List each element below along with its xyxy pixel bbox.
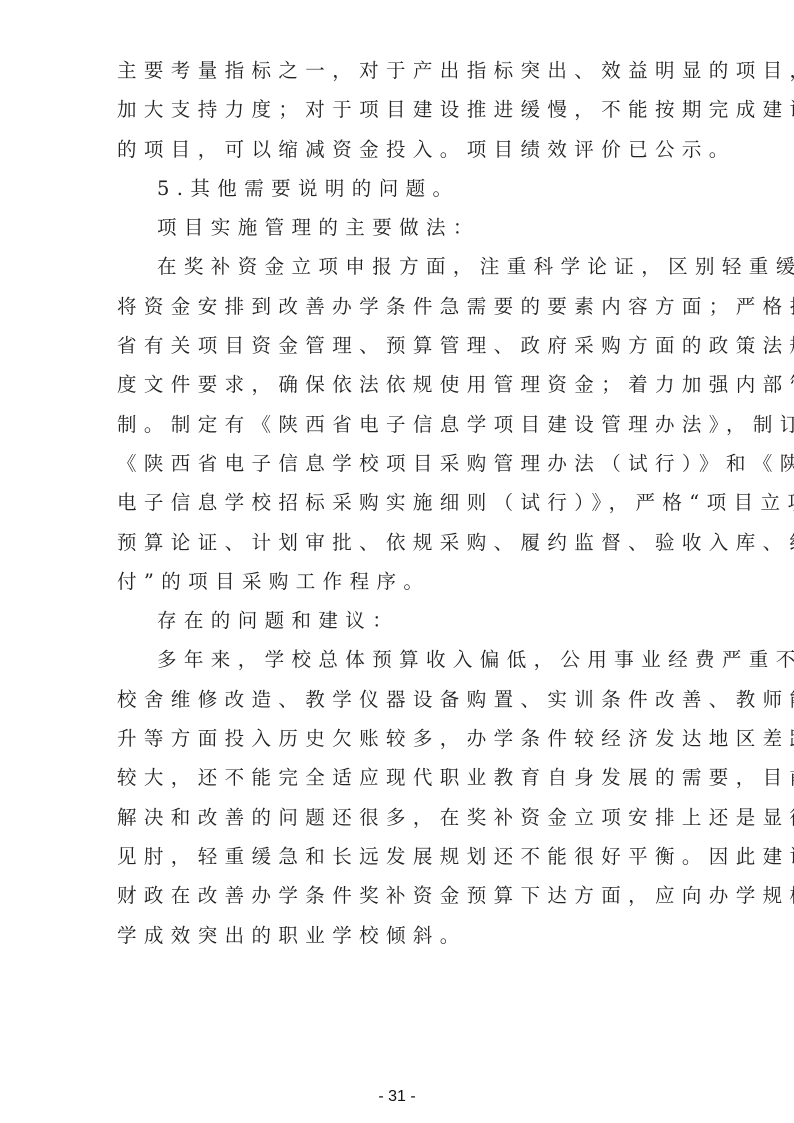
paragraph-start: 在奖补资金立项申报方面，注重科学论证，区别轻重缓急， [117, 247, 687, 286]
text-line: 的项目，可以缩减资金投入。项目绩效评价已公示。 [117, 130, 687, 169]
text-line: 较大，还不能完全适应现代职业教育自身发展的需要，目前需要 [117, 758, 687, 797]
text-line: 财政在改善办学条件奖补资金预算下达方面，应向办学规模和办 [117, 876, 687, 915]
text-line: 解决和改善的问题还很多，在奖补资金立项安排上还是显得捉襟 [117, 798, 687, 837]
text-line: 加大支持力度；对于项目建设推进缓慢，不能按期完成建设任务 [117, 90, 687, 129]
text-line: 主要考量指标之一，对于产出指标突出、效益明显的项目，可以 [117, 51, 687, 90]
section-heading: 5.其他需要说明的问题。 [117, 169, 687, 208]
text-line: 校舍维修改造、教学仪器设备购置、实训条件改善、教师能力提 [117, 680, 687, 719]
text-line: 度文件要求，确保依法依规使用管理资金；着力加强内部管理控 [117, 365, 687, 404]
text-line: 《陕西省电子信息学校项目采购管理办法（试行）》和《陕西省 [117, 444, 687, 483]
page-number: - 31 - [0, 1088, 794, 1106]
text-line: 见肘，轻重缓急和长远发展规划还不能很好平衡。因此建议，省 [117, 837, 687, 876]
text-line: 付”的项目采购工作程序。 [117, 562, 687, 601]
text-line: 学成效突出的职业学校倾斜。 [117, 916, 687, 955]
text-line: 电子信息学校招标采购实施细则（试行）》，严格“项目立项、 [117, 483, 687, 522]
subheading: 存在的问题和建议： [117, 601, 687, 640]
text-line: 制。制定有《陕西省电子信息学项目建设管理办法》，制订有 [117, 405, 687, 444]
text-line: 升等方面投入历史欠账较多，办学条件较经济发达地区差距还比 [117, 719, 687, 758]
text-line: 省有关项目资金管理、预算管理、政府采购方面的政策法规和制 [117, 326, 687, 365]
paragraph-start: 多年来，学校总体预算收入偏低，公用事业经费严重不足， [117, 640, 687, 679]
text-line: 将资金安排到改善办学条件急需要的要素内容方面；严格执行中 [117, 287, 687, 326]
document-body: 主要考量指标之一，对于产出指标突出、效益明显的项目，可以 加大支持力度；对于项目… [117, 51, 687, 955]
subheading: 项目实施管理的主要做法： [117, 208, 687, 247]
text-line: 预算论证、计划审批、依规采购、履约监督、验收入库、结算支 [117, 523, 687, 562]
